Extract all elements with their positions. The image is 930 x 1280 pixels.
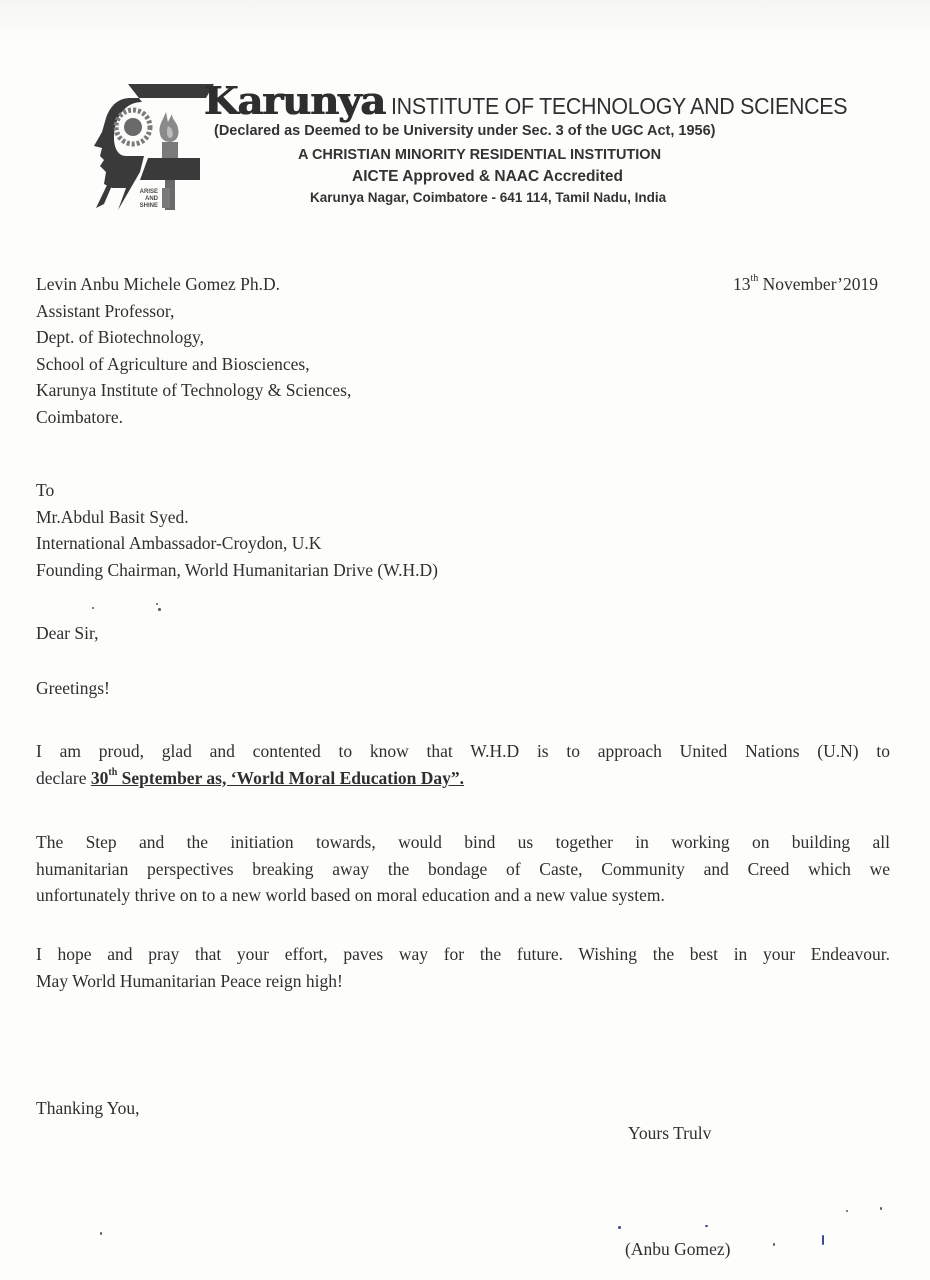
sender-title: Assistant Professor, [36, 298, 351, 325]
recipient-role: International Ambassador-Croydon, U.K [36, 530, 438, 557]
recipient-address: To Mr.Abdul Basit Syed. International Am… [36, 477, 438, 583]
date-month-year: November’2019 [758, 274, 878, 294]
institution-name: Karunya INSTITUTE OF TECHNOLOGY AND SCIE… [204, 78, 881, 123]
sender-school: School of Agriculture and Biosciences, [36, 351, 351, 378]
signatory-name: (Anbu Gomez) [625, 1236, 730, 1263]
address-line: Karunya Nagar, Coimbatore - 641 114, Tam… [310, 190, 666, 205]
recipient-organization: Founding Chairman, World Humanitarian Dr… [36, 557, 438, 584]
svg-text:AND: AND [145, 196, 159, 202]
sender-department: Dept. of Biotechnology, [36, 324, 351, 351]
highlighted-declaration: 30th September as, ‘World Moral Educatio… [91, 768, 464, 788]
signature-ink-mark [705, 1225, 708, 1227]
paragraph-line: May World Humanitarian Peace reign high! [36, 971, 343, 991]
body-paragraph-3: I hope and pray that your effort, paves … [36, 941, 890, 994]
scan-speck [880, 1207, 882, 1210]
paragraph-line: I am proud, glad and contented to know t… [36, 738, 890, 765]
declaration-day-suffix: th [108, 767, 117, 778]
sign-off: Yours Trulv [628, 1120, 711, 1147]
paragraph-line: humanitarian perspectives breaking away … [36, 856, 890, 883]
date-day-suffix: th [751, 273, 759, 284]
body-paragraph-1: I am proud, glad and contented to know t… [36, 738, 890, 791]
brand-name: Karunya [204, 78, 385, 123]
svg-text:ARISE: ARISE [140, 189, 158, 195]
letterhead: ARISE AND SHINE Karunya INSTITUTE OF TEC… [66, 76, 866, 216]
sender-city: Coimbatore. [36, 404, 351, 431]
scan-speck [773, 1243, 775, 1246]
salutation: Dear Sir, [36, 620, 98, 647]
letter-page: ARISE AND SHINE Karunya INSTITUTE OF TEC… [0, 0, 930, 1280]
recipient-name: Mr.Abdul Basit Syed. [36, 504, 438, 531]
signature-ink-mark [618, 1226, 621, 1229]
greeting: Greetings! [36, 675, 110, 702]
signature-ink-mark [822, 1235, 824, 1245]
minority-institution-line: A CHRISTIAN MINORITY RESIDENTIAL INSTITU… [298, 147, 661, 163]
declaration-day: 30 [91, 768, 109, 788]
body-paragraph-2: The Step and the initiation towards, wou… [36, 829, 890, 909]
to-label: To [36, 477, 438, 504]
paragraph-line: The Step and the initiation towards, wou… [36, 829, 890, 856]
scan-speck [156, 603, 158, 605]
paragraph-line: I hope and pray that your effort, paves … [36, 941, 890, 968]
brand-tagline: INSTITUTE OF TECHNOLOGY AND SCIENCES [391, 93, 847, 120]
svg-text:SHINE: SHINE [140, 203, 158, 209]
sender-address: Levin Anbu Michele Gomez Ph.D. Assistant… [36, 271, 351, 430]
date-day: 13 [733, 274, 751, 294]
accreditation-line: AICTE Approved & NAAC Accredited [352, 168, 623, 186]
letter-date: 13th November’2019 [733, 271, 878, 298]
sender-name: Levin Anbu Michele Gomez Ph.D. [36, 271, 351, 298]
scan-speck [846, 1210, 848, 1212]
sender-institute: Karunya Institute of Technology & Scienc… [36, 377, 351, 404]
paragraph-line: declare 30th September as, ‘World Moral … [36, 768, 464, 788]
paragraph-line: unfortunately thrive on to a new world b… [36, 885, 665, 905]
closing: Thanking You, [36, 1095, 140, 1122]
scan-speck [92, 607, 94, 609]
scan-speck [100, 1232, 102, 1235]
institution-logo-icon: ARISE AND SHINE [66, 76, 216, 212]
declaration-text: September as, ‘World Moral Education Day… [117, 768, 464, 788]
deemed-university-line: (Declared as Deemed to be University und… [214, 123, 716, 139]
scan-speck [158, 608, 161, 611]
declare-text: declare [36, 768, 91, 788]
